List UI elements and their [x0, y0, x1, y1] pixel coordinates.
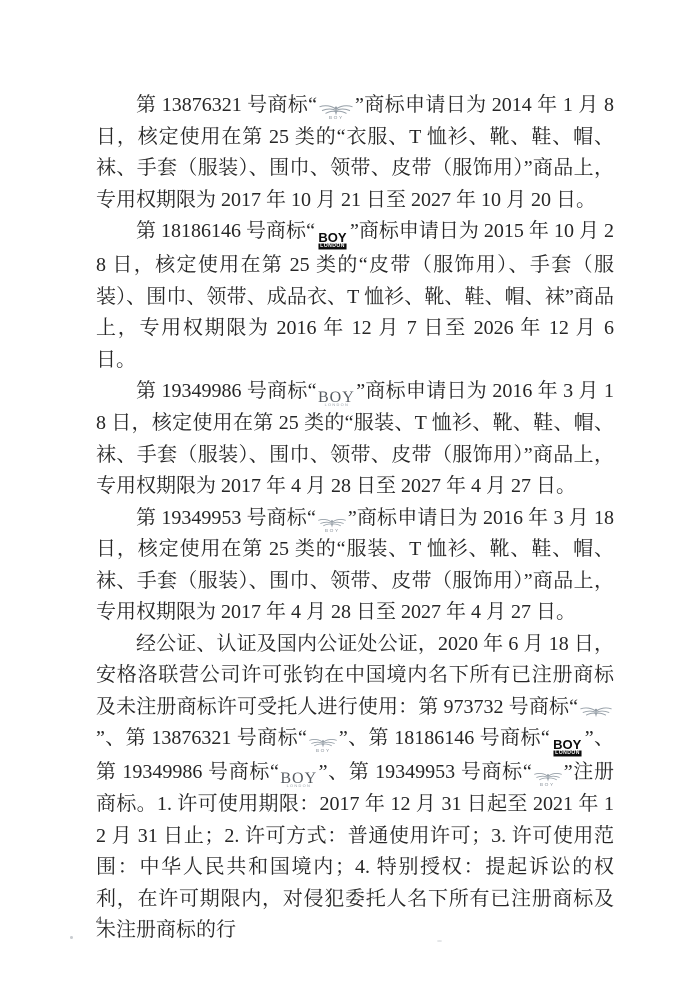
paragraph-text: 第 18186146 号商标“ — [136, 220, 315, 242]
outline-logo-boy-text: BOY — [280, 772, 317, 785]
block-logo-london-text: LONDON — [318, 244, 346, 250]
outline-logo-boy-text: BOY — [318, 391, 355, 404]
paragraph-text: ”商标申请日为 2015 年 10 月 28 日，核定使用在第 25 类的“皮带… — [96, 220, 614, 371]
boy-london-outline-logo: BOYLONDON — [318, 391, 356, 408]
scan-artifact-dot — [70, 936, 73, 939]
eagle-logo-caption: BOY — [324, 528, 339, 533]
eagle-wings-icon — [318, 104, 354, 116]
paragraph-trademark-18186146: 第 18186146 号商标“BOYLONDON”商标申请日为 2015 年 1… — [96, 216, 614, 376]
block-logo-boy-text: BOY — [318, 232, 346, 243]
boy-london-block-logo: BOYLONDON — [316, 232, 349, 250]
page-number: 4 — [96, 913, 102, 927]
boy-eagle-logo: BOY — [533, 771, 563, 788]
eagle-logo-caption: BOY — [329, 116, 344, 121]
eagle-wings-icon — [579, 706, 613, 718]
eagle-logo-caption: BOY — [315, 749, 330, 754]
eagle-wings-icon — [533, 771, 563, 783]
paragraph-text: ”注册商标。1. 许可使用期限：2017 年 12 月 31 日起至 2021 … — [96, 761, 614, 941]
paragraph-text: 第 19349953 号商标“ — [136, 507, 316, 529]
outline-logo-london-text: LONDON — [287, 785, 311, 788]
paragraph-text: ”、第 19349953 号商标“ — [319, 761, 532, 783]
block-logo-london-text: LONDON — [553, 751, 581, 757]
paragraph-text: 第 13876321 号商标“ — [136, 94, 317, 116]
eagle-wings-icon — [308, 737, 338, 749]
paragraph-trademark-19349953: 第 19349953 号商标“BOY”商标申请日为 2016 年 3 月 18 … — [96, 503, 614, 629]
boy-eagle-logo: BOY — [318, 104, 354, 121]
document-body: 第 13876321 号商标“BOY”商标申请日为 2014 年 1 月 8 日… — [96, 90, 614, 947]
paragraph-text: ”、第 13876321 号商标“ — [96, 727, 307, 749]
boy-london-outline-logo: BOYLONDON — [280, 772, 318, 789]
eagle-logo-caption: BOY — [540, 783, 555, 788]
paragraph-notarization-license: 经公证、认证及国内公证处公证，2020 年 6 月 18 日，安格洛联营公司许可… — [96, 629, 614, 947]
boy-eagle-logo — [579, 706, 613, 718]
boy-eagle-logo: BOY — [317, 517, 347, 534]
eagle-wings-icon — [317, 517, 347, 529]
paragraph-trademark-13876321: 第 13876321 号商标“BOY”商标申请日为 2014 年 1 月 8 日… — [96, 90, 614, 216]
scanned-document-page: 第 13876321 号商标“BOY”商标申请日为 2014 年 1 月 8 日… — [0, 0, 700, 988]
outline-logo-london-text: LONDON — [324, 404, 348, 407]
boy-eagle-logo: BOY — [308, 737, 338, 754]
boy-london-block-logo: BOYLONDON — [551, 739, 584, 757]
paragraph-text: 第 19349986 号商标“ — [136, 380, 317, 402]
paragraph-trademark-19349986: 第 19349986 号商标“BOYLONDON”商标申请日为 2016 年 3… — [96, 376, 614, 503]
block-logo-boy-text: BOY — [553, 739, 581, 750]
scan-artifact-dot — [437, 940, 442, 942]
paragraph-text: 经公证、认证及国内公证处公证，2020 年 6 月 18 日，安格洛联营公司许可… — [96, 633, 614, 718]
paragraph-text: ”、第 18186146 号商标“ — [339, 727, 550, 749]
